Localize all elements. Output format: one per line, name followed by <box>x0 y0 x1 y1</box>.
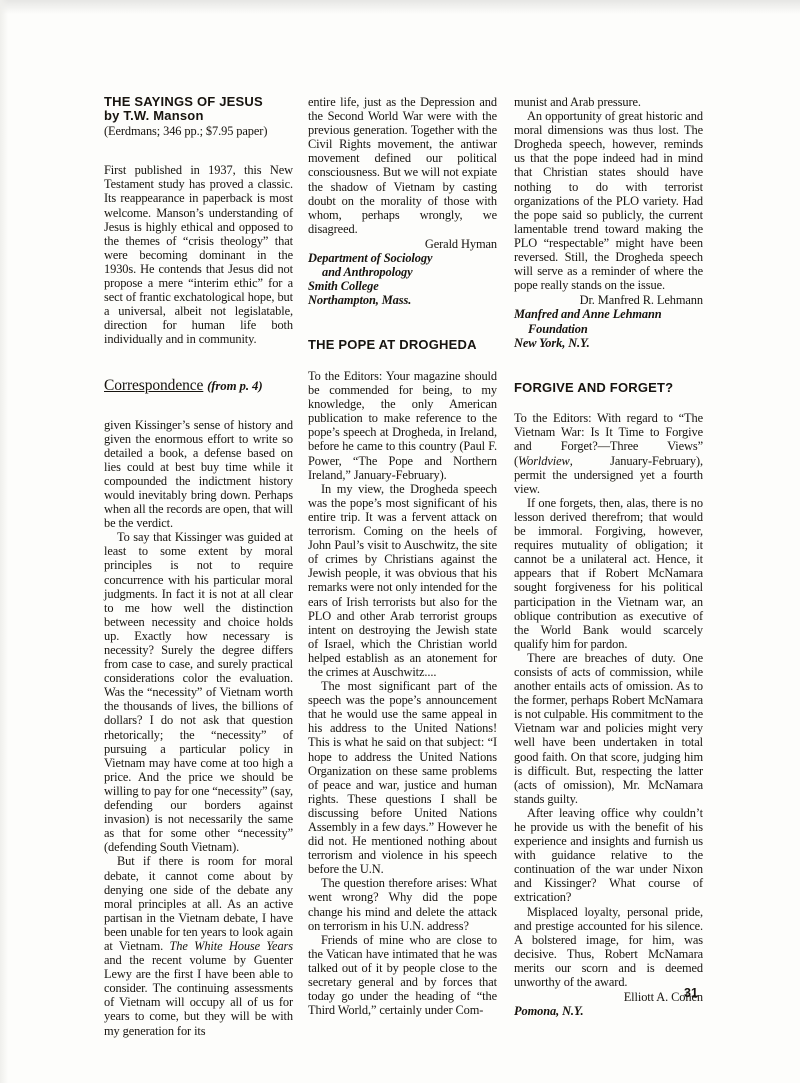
kissinger-paragraph-3: But if there is room for moral debate, i… <box>104 854 293 1037</box>
column-1: THE SAYINGS OF JESUS by T.W. Manson (Eer… <box>104 95 293 1038</box>
hyman-affiliation-1: Department of Sociology <box>308 251 497 265</box>
review-pub-info: (Eerdmans; 346 pp.; $7.95 paper) <box>104 124 293 138</box>
page-number: 31 <box>684 986 698 1000</box>
correspondence-heading: Correspondence (from p. 4) <box>104 377 293 395</box>
scan-edge-left <box>0 0 8 1083</box>
pope-paragraph-7: An opportunity of great historic and mor… <box>514 109 703 292</box>
forgive-paragraph-1: To the Editors: With regard to “The Viet… <box>514 411 703 496</box>
lehmann-affiliation-1: Manfred and Anne Lehmann <box>514 307 703 321</box>
signature-gerald-hyman: Gerald Hyman <box>308 237 497 251</box>
hyman-affiliation-2: and Anthropology <box>308 265 497 279</box>
kissinger-paragraph-1: given Kissinger’s sense of history and g… <box>104 418 293 531</box>
pope-paragraph-1: To the Editors: Your magazine should be … <box>308 369 497 482</box>
column-2: entire life, just as the Depression and … <box>308 95 497 1017</box>
correspondence-from-note: (from p. 4) <box>207 379 262 393</box>
hyman-affiliation-4: Northampton, Mass. <box>308 293 497 307</box>
forgive-letter-heading: FORGIVE AND FORGET? <box>514 381 703 395</box>
pope-paragraph-5: Friends of mine who are close to the Vat… <box>308 933 497 1018</box>
review-byline: by T.W. Manson <box>104 109 293 123</box>
magazine-page: THE SAYINGS OF JESUS by T.W. Manson (Eer… <box>0 0 800 1083</box>
correspondence-title: Correspondence <box>104 377 203 394</box>
kissinger-paragraph-2: To say that Kissinger was guided at leas… <box>104 530 293 854</box>
pope-letter-heading: THE POPE AT DROGHEDA <box>308 338 497 352</box>
review-title: THE SAYINGS OF JESUS <box>104 95 293 109</box>
lehmann-affiliation-2: Foundation <box>514 322 703 336</box>
pope-paragraph-4: The question therefore arises: What went… <box>308 876 497 932</box>
signature-elliott-cohen: Elliott A. Cohen <box>514 990 703 1004</box>
cohen-location: Pomona, N.Y. <box>514 1004 703 1018</box>
pope-paragraph-3: The most significant part of the speech … <box>308 679 497 876</box>
column-3: munist and Arab pressure. An opportunity… <box>514 95 703 1018</box>
italic-magazine-title: Worldview <box>518 454 570 468</box>
lehmann-affiliation-3: New York, N.Y. <box>514 336 703 350</box>
forgive-paragraph-4: After leaving office why couldn’t he pro… <box>514 806 703 905</box>
signature-manfred-lehmann: Dr. Manfred R. Lehmann <box>514 293 703 307</box>
pope-paragraph-2: In my view, the Drogheda speech was the … <box>308 482 497 679</box>
forgive-paragraph-2: If one forgets, then, alas, there is no … <box>514 496 703 651</box>
kissinger-paragraph-4: entire life, just as the Depression and … <box>308 95 497 236</box>
pope-paragraph-6: munist and Arab pressure. <box>514 95 703 109</box>
scan-edge-top <box>0 0 800 14</box>
forgive-paragraph-3: There are breaches of duty. One consists… <box>514 651 703 806</box>
italic-book-title: The White House Years <box>169 939 293 953</box>
kissinger-p3-text-cont: and the recent volume by Guenter Lewy ar… <box>104 953 293 1037</box>
forgive-paragraph-5: Misplaced loyalty, personal pride, and p… <box>514 905 703 990</box>
hyman-affiliation-3: Smith College <box>308 279 497 293</box>
review-body: First published in 1937, this New Testam… <box>104 163 293 346</box>
